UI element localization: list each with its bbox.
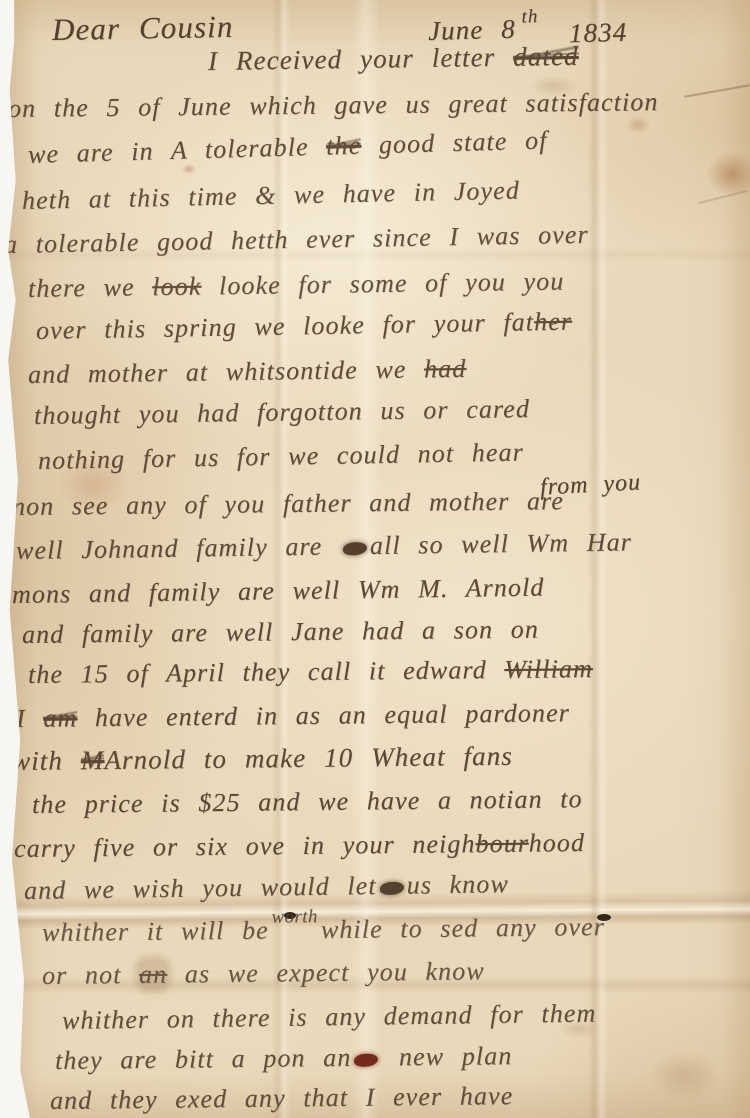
letter-line: the price is $25 and we have a notian to bbox=[32, 784, 583, 820]
letter-text: over this spring we looke for your fat bbox=[36, 307, 535, 345]
letter-text: have enterd in as an equal pardoner bbox=[77, 698, 570, 732]
ink-blot bbox=[380, 882, 404, 895]
letter-line: nothing for us for we could not hear bbox=[38, 438, 524, 476]
letter-text: they are bitt a pon an bbox=[55, 1043, 352, 1075]
letter-text: the price is $25 and we have a notian to bbox=[32, 784, 583, 819]
letter-text: as we expect you know bbox=[167, 956, 485, 988]
letter-paper: Dear Cousin June 8th1834 from you I Rece… bbox=[0, 0, 750, 1118]
letter-text: carry five or six ove in your neigh bbox=[14, 829, 476, 863]
letter-line: over this spring we looke for your fathe… bbox=[36, 307, 573, 346]
letter-line: there we look looke for some of you you bbox=[28, 267, 565, 304]
letter-line: and we wish you would letus know bbox=[24, 869, 509, 906]
letter-text: and we wish you would let bbox=[24, 871, 377, 905]
struck-text: an bbox=[139, 960, 168, 989]
letter-line: I am have enterd in as an equal pardoner bbox=[16, 698, 570, 734]
letter-line: thought you had forgotton us or cared bbox=[34, 394, 530, 431]
salutation: Dear Cousin bbox=[52, 9, 234, 48]
letter-line: well Johnand family are all so well Wm H… bbox=[16, 527, 632, 566]
letter-text: with bbox=[12, 745, 81, 776]
letter-line: a tolerable good hetth ever since I was … bbox=[4, 220, 589, 260]
letter-line: and family are well Jane had a son on bbox=[22, 615, 539, 650]
letter-line: they are bitt a pon an new plan bbox=[55, 1041, 513, 1076]
date-ordinal: th bbox=[521, 6, 539, 27]
letter-text: I Received your letter bbox=[208, 42, 514, 76]
struck-text: M bbox=[81, 745, 105, 775]
letter-scan: Dear Cousin June 8th1834 from you I Rece… bbox=[0, 0, 750, 1118]
letter-text: on the 5 of June which gave us great sat… bbox=[8, 87, 659, 123]
pen-scratch bbox=[699, 190, 748, 204]
letter-text: well Johnand family are bbox=[16, 531, 340, 565]
letter-text: whither on there is any demand for them bbox=[62, 999, 597, 1035]
ink-blot bbox=[354, 1054, 378, 1067]
letter-line: and mother at whitsontide we had bbox=[28, 354, 467, 390]
stain bbox=[626, 116, 650, 134]
letter-text: or not bbox=[42, 960, 139, 990]
letter-text: nothing for us for we could not hear bbox=[38, 438, 524, 475]
letter-text: we are in A tolerable bbox=[28, 132, 327, 169]
struck-text: dated bbox=[513, 41, 579, 72]
struck-text: am bbox=[43, 703, 77, 732]
letter-line: heth at this time & we have in Joyed bbox=[22, 176, 520, 216]
letter-text: I bbox=[16, 704, 44, 733]
stain bbox=[706, 152, 750, 196]
letter-text: non see any of you father and mother are bbox=[12, 486, 564, 521]
letter-text: hood bbox=[528, 828, 585, 858]
letter-text: and mother at whitsontide we bbox=[28, 354, 424, 389]
letter-text: mons and family are well Wm M. Arnold bbox=[12, 573, 545, 609]
letter-line: carry five or six ove in your neighbourh… bbox=[14, 828, 585, 864]
letter-text: there we bbox=[28, 272, 153, 303]
struck-text: her bbox=[534, 307, 572, 337]
scanned-letter-page: { "colors":{"paper":"#e9d8ba","ink":"#54… bbox=[0, 0, 750, 1118]
struck-text: the bbox=[326, 131, 362, 161]
letter-text: good state of bbox=[361, 125, 548, 159]
letter-text: looke for some of you you bbox=[201, 267, 564, 301]
letter-line: mons and family are well Wm M. Arnold bbox=[12, 573, 545, 610]
letter-text: us know bbox=[406, 869, 509, 899]
letter-line: non see any of you father and mother are bbox=[12, 486, 564, 522]
letter-text: Arnold to make 10 Wheat fans bbox=[104, 741, 513, 775]
letter-text: and family are well Jane had a son on bbox=[22, 615, 539, 649]
letter-line: and they exed any that I ever have bbox=[50, 1081, 514, 1116]
letter-text: and they exed any that I ever have bbox=[50, 1081, 514, 1115]
pen-scratch bbox=[684, 84, 749, 97]
letter-line: whither on there is any demand for them bbox=[62, 999, 597, 1036]
letter-text: the 15 of April they call it edward bbox=[28, 655, 505, 689]
struck-text: had bbox=[424, 354, 467, 384]
letter-line: whither it will beworthwhile to sed any … bbox=[42, 912, 605, 948]
letter-line: we are in A tolerable the good state of bbox=[28, 125, 548, 169]
letter-text: while to sed any over bbox=[321, 912, 605, 944]
letter-text: heth at this time & we have in Joyed bbox=[22, 176, 520, 215]
letter-line: with MArnold to make 10 Wheat fans bbox=[12, 741, 513, 777]
inserted-text: worth bbox=[271, 906, 317, 927]
struck-text: look bbox=[152, 272, 202, 302]
letter-text: a tolerable good hetth ever since I was … bbox=[4, 220, 589, 259]
struck-text: William bbox=[504, 654, 593, 684]
ink-blot bbox=[343, 542, 367, 555]
letter-line: on the 5 of June which gave us great sat… bbox=[8, 87, 659, 124]
letter-text: thought you had forgotton us or cared bbox=[34, 394, 530, 430]
letter-line: I Received your letter dated bbox=[208, 41, 579, 77]
stain bbox=[650, 1052, 720, 1098]
letter-line: the 15 of April they call it edward Will… bbox=[28, 654, 593, 690]
letter-text: whither it will be bbox=[42, 916, 269, 947]
fold-crease bbox=[588, 0, 608, 1118]
letter-line: or not an as we expect you know bbox=[42, 956, 485, 991]
struck-text: bour bbox=[475, 829, 528, 859]
letter-text: new plan bbox=[381, 1041, 512, 1071]
letter-text: all so well Wm Har bbox=[370, 527, 632, 560]
